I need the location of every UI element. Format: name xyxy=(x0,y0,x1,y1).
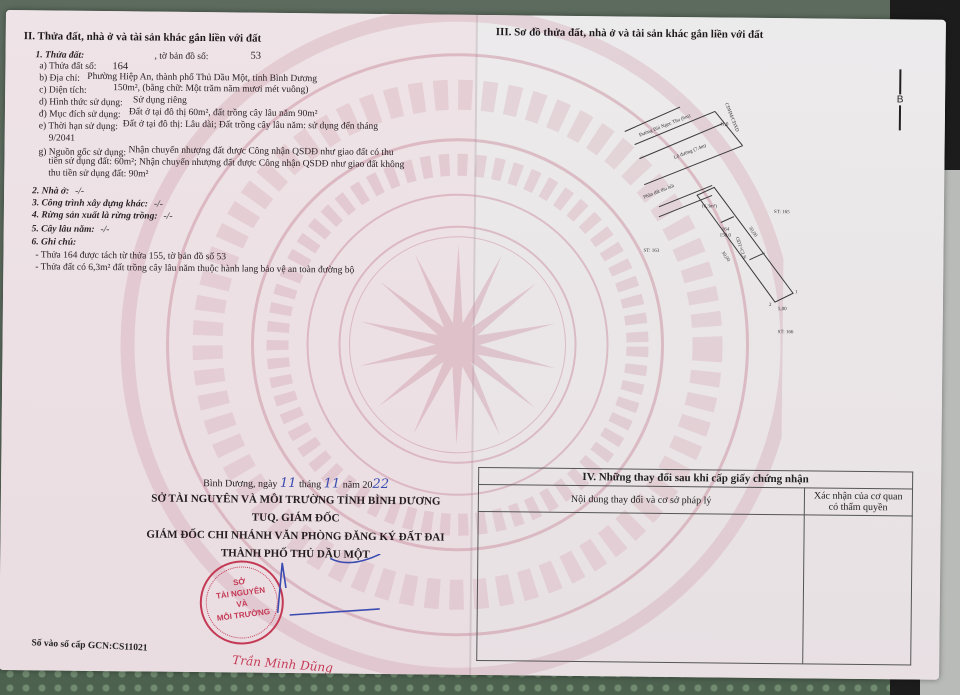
corridor-label: Phần đất thu hồi xyxy=(643,184,676,201)
boundary-label: CĐHM/CĐXD xyxy=(723,102,739,133)
dim-top: 11,0 xyxy=(720,122,729,127)
perennial-label: 5. Cây lâu năm:-/- xyxy=(32,224,110,235)
authority-line-3: GIÁM ĐỐC CHI NHÁNH VĂN PHÒNG ĐĂNG KÝ ĐẤT… xyxy=(110,525,480,547)
north-arrow: B xyxy=(894,69,907,130)
road-label-2: Lộ đường (7.4m) xyxy=(673,144,707,161)
signature-block: Bình Dương, ngày 11 tháng 11 năm 2022 SỞ… xyxy=(110,474,481,565)
changes-confirmation-cell xyxy=(802,515,912,665)
forest-label-text: 4. Rừng sản xuất là rừng trồng: xyxy=(32,210,158,221)
changes-col-confirmation: Xác nhận của cơ quan có thẩm quyền xyxy=(804,488,913,516)
land-certificate-page: II. Thửa đất, nhà ở và tài sản khác gắn … xyxy=(0,10,946,680)
road-label-1: Đường Bùi Ngọc Thu (6m) xyxy=(639,114,692,139)
changes-content-cell xyxy=(477,511,804,663)
dim-short: 5,00 xyxy=(778,307,787,312)
changes-col-content: Nội dung thay đổi và cơ sở pháp lý xyxy=(478,484,804,514)
area-value: 150m², (bằng chữ: Một trăm năm mươi mét … xyxy=(113,83,308,95)
parcel-diagram: Đường Bùi Ngọc Thu (6m) Lộ đường (7.4m) … xyxy=(603,86,846,338)
other-works-empty-mark: -/- xyxy=(154,200,163,210)
term-label: e) Thời hạn sử dụng: xyxy=(39,121,118,132)
neighbor-163: ST: 163 xyxy=(643,249,659,254)
neighbor-165: ST: 165 xyxy=(774,210,790,215)
purpose-value: Đất ở tại đô thị 60m², đất trồng cây lâu… xyxy=(129,107,318,119)
address-label: b) Địa chỉ: xyxy=(39,73,80,83)
notes-label: 6. Ghi chú: xyxy=(32,237,77,247)
use-form-value: Sử dụng riêng xyxy=(133,95,187,106)
parcel-heading: 1. Thửa đất: xyxy=(35,50,84,61)
area-label: c) Diện tích: xyxy=(39,85,87,95)
section-2-title: II. Thửa đất, nhà ở và tài sản khác gắn … xyxy=(24,30,262,44)
date-month: 11 xyxy=(324,476,341,491)
house-label-text: 2. Nhà ở: xyxy=(32,186,69,196)
note-1: - Thửa 164 được tách từ thửa 155, tờ bản… xyxy=(35,250,226,262)
parcel-number-label: 164 xyxy=(722,228,730,233)
authority-line-1: SỞ TÀI NGUYÊN VÀ MÔI TRƯỜNG TỈNH BÌNH DƯ… xyxy=(111,489,481,511)
other-works-label: 3. Công trình xây dựng khác:-/- xyxy=(32,198,163,209)
corner-1: 1 xyxy=(795,290,798,295)
handwritten-signature-icon xyxy=(270,553,391,624)
north-label: B xyxy=(894,94,906,105)
forest-label: 4. Rừng sản xuất là rừng trồng:-/- xyxy=(32,210,173,221)
north-bar-top xyxy=(899,69,901,94)
map-sheet-value: 53 xyxy=(250,51,261,62)
north-bar-bottom xyxy=(899,105,901,130)
parcel-no-label: a) Thửa đất số: xyxy=(39,61,96,72)
perennial-empty-mark: -/- xyxy=(100,225,109,235)
dim-long-2: 30,00 xyxy=(720,251,731,264)
parcel-area-label: 150,0 xyxy=(720,233,732,238)
parcel-no-value: 164 xyxy=(112,61,128,72)
neighbor-166: ST: 166 xyxy=(778,330,794,335)
date-month-label: tháng xyxy=(299,479,321,490)
purpose-label: đ) Mục đích sử dụng: xyxy=(39,109,121,120)
origin-line-3: thu tiền sử dụng đất: 90m² xyxy=(48,168,148,179)
other-works-label-text: 3. Công trình xây dựng khác: xyxy=(32,198,148,209)
changes-table: IV. Những thay đổi sau khi cấp giấy chứn… xyxy=(476,467,913,666)
date-day: 11 xyxy=(280,476,297,491)
date-year-label: năm 20 xyxy=(343,480,373,491)
date-year-suffix: 22 xyxy=(372,477,389,492)
seal-text: SỞ TÀI NGUYÊN VÀ MÔI TRƯỜNG xyxy=(209,573,274,624)
forest-empty-mark: -/- xyxy=(163,212,172,222)
use-form-label: d) Hình thức sử dụng: xyxy=(39,97,123,108)
house-empty-mark: -/- xyxy=(75,187,84,197)
date-prefix: Bình Dương, ngày xyxy=(203,478,277,490)
dim-long-1: 30,00 xyxy=(747,226,758,239)
corner-2: 2 xyxy=(769,303,772,308)
map-sheet-label: , tờ bản đồ số: xyxy=(154,52,208,63)
term-value-cont: 9/2041 xyxy=(49,133,75,143)
house-label: 2. Nhà ở:-/- xyxy=(32,186,84,197)
corridor-area: (6,3m²) xyxy=(702,203,717,209)
perennial-label-text: 5. Cây lâu năm: xyxy=(32,224,95,235)
